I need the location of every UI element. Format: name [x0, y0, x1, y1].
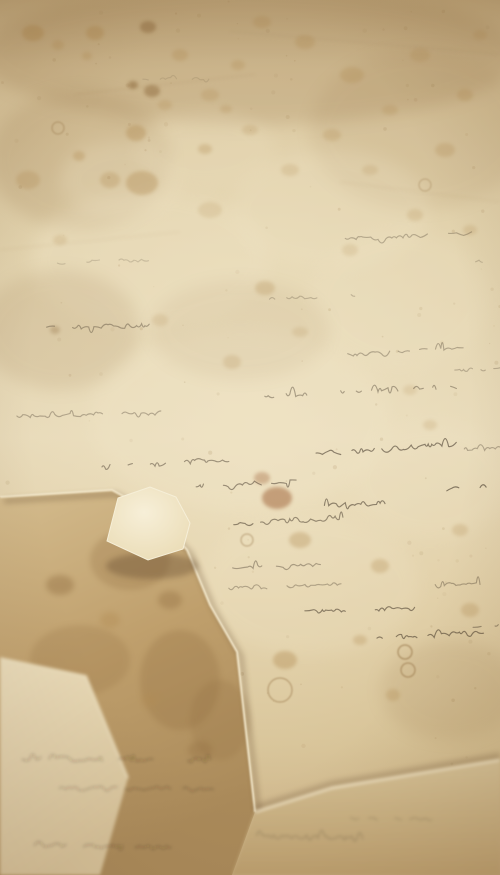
vignette-overlay [0, 0, 500, 875]
aged-parchment-photo [0, 0, 500, 875]
top-shade-overlay [0, 0, 500, 70]
parchment-scene [0, 0, 500, 875]
